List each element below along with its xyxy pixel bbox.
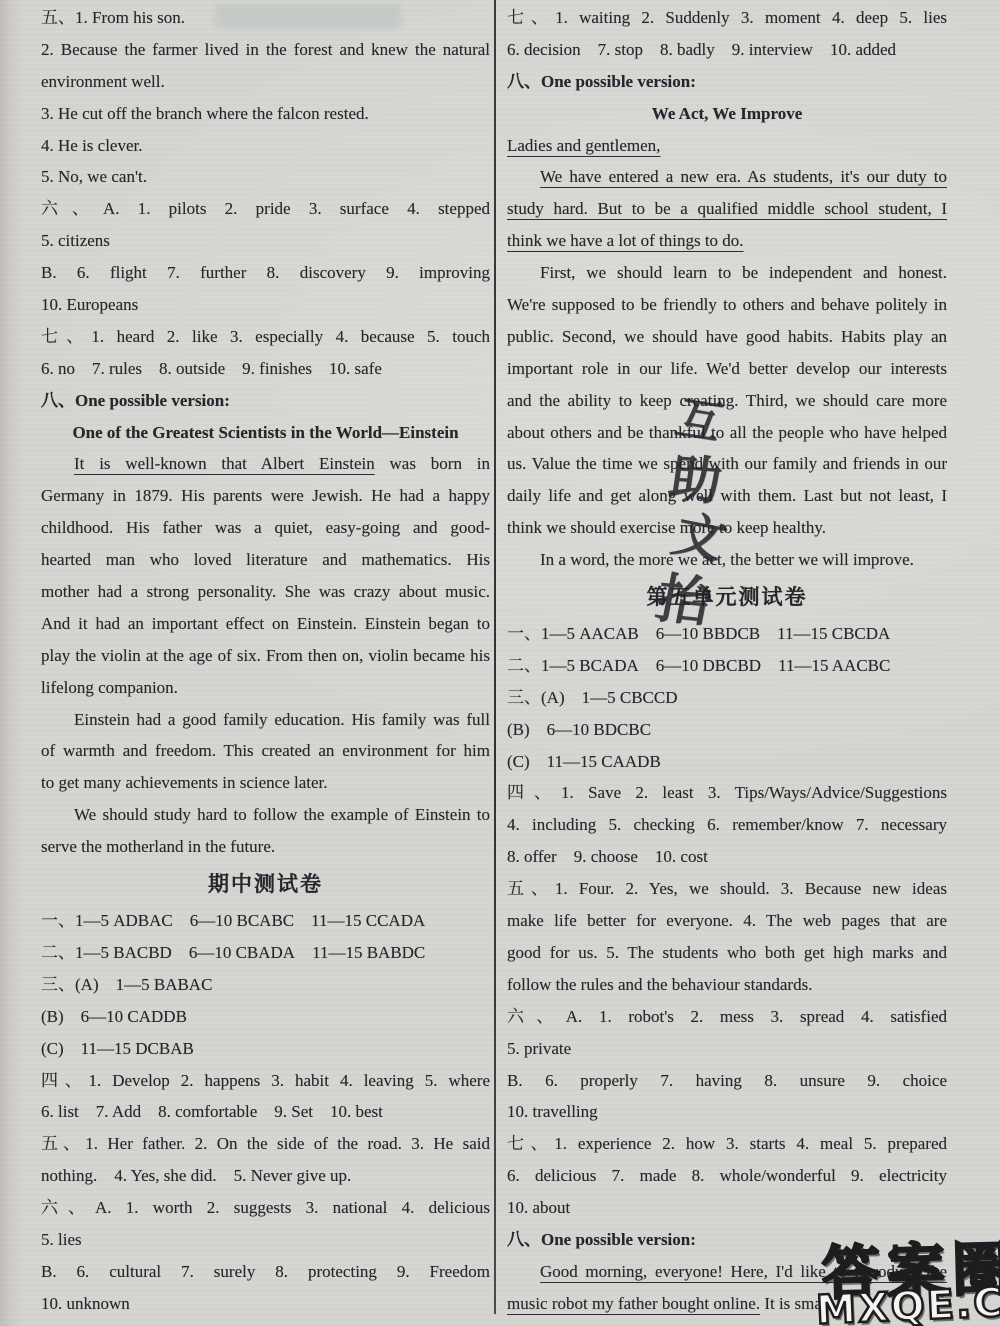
text-line: lifelong companion. bbox=[41, 672, 490, 704]
text-line: important role in our life. We'd better … bbox=[507, 353, 947, 385]
text-line: serve the motherland in the future. bbox=[41, 831, 490, 863]
text-line: nothing. 4. Yes, she did. 5. Never give … bbox=[41, 1160, 490, 1192]
text-line: B. 6. properly 7. having 8. unsure 9. ch… bbox=[507, 1065, 947, 1097]
text-line: 六、A. 1. worth 2. suggests 3. national 4.… bbox=[41, 1192, 490, 1224]
text-run: And it had an important effect on Einste… bbox=[41, 614, 490, 633]
text-line: mother had a strong personality. She was… bbox=[41, 576, 490, 608]
text-run: 七、1. experience 2. how 3. starts 4. meal… bbox=[507, 1134, 947, 1153]
text-run: nothing. 4. Yes, she did. 5. Never give … bbox=[41, 1166, 351, 1185]
text-run: 六、A. 1. robot's 2. mess 3. spread 4. sat… bbox=[507, 1007, 947, 1026]
text-run: B. 6. properly 7. having 8. unsure 9. ch… bbox=[507, 1071, 947, 1090]
text-line: follow the rules and the behaviour stand… bbox=[507, 969, 947, 1001]
text-line: We have entered a new era. As students, … bbox=[507, 161, 947, 193]
text-run: 5. lies bbox=[41, 1230, 82, 1249]
text-line: Ladies and gentlemen, bbox=[507, 130, 947, 162]
text-line: 四、1. Save 2. least 3. Tips/Ways/Advice/S… bbox=[507, 777, 947, 809]
text-run: In a word, the more we act, the better w… bbox=[540, 550, 914, 569]
text-line: We should study hard to follow the examp… bbox=[41, 799, 490, 831]
text-run: important role in our life. We'd better … bbox=[507, 359, 947, 378]
text-run: 6. delicious 7. made 8. whole/wonderful … bbox=[507, 1166, 947, 1185]
text-line: Einstein had a good family education. Hi… bbox=[41, 704, 490, 736]
text-run: 三、(A) 1—5 BABAC bbox=[41, 975, 212, 994]
text-run: 10. travelling bbox=[507, 1102, 598, 1121]
text-run: Ladies and gentlemen, bbox=[507, 136, 660, 155]
right-column: 七、1. waiting 2. Suddenly 3. moment 4. de… bbox=[507, 2, 947, 1320]
text-run: follow the rules and the behaviour stand… bbox=[507, 975, 812, 994]
text-line: 6. no 7. rules 8. outside 9. finishes 10… bbox=[41, 353, 490, 385]
text-line: 6. list 7. Add 8. comfortable 9. Set 10.… bbox=[41, 1096, 490, 1128]
text-run: good for us. 5. The students who both ge… bbox=[507, 943, 947, 962]
text-run: music robot my father bought online. bbox=[507, 1294, 760, 1313]
text-run: make life better for everyone. 4. The we… bbox=[507, 911, 947, 930]
text-line: (B) 6—10 BDCBC bbox=[507, 714, 947, 746]
text-line: It is well-known that Albert Einstein wa… bbox=[41, 448, 490, 480]
text-line: (C) 11—15 CAADB bbox=[507, 746, 947, 778]
text-line: public. Second, we should have good habi… bbox=[507, 321, 947, 353]
text-run: 4. He is clever. bbox=[41, 136, 143, 155]
text-line: 六、A. 1. robot's 2. mess 3. spread 4. sat… bbox=[507, 1001, 947, 1033]
text-line: 10. travelling bbox=[507, 1096, 947, 1128]
text-run: 四、1. Develop 2. happens 3. habit 4. leav… bbox=[41, 1071, 490, 1090]
text-run: One of the Greatest Scientists in the Wo… bbox=[72, 423, 458, 442]
text-run: study hard. But to be a qualified middle… bbox=[507, 199, 947, 218]
text-run: We should study hard to follow the examp… bbox=[74, 805, 490, 824]
text-line: to get many achievements in science late… bbox=[41, 767, 490, 799]
text-run: 3. He cut off the branch where the falco… bbox=[41, 104, 369, 123]
text-run: 五、1. From his son. bbox=[41, 8, 185, 27]
text-run: 2. Because the farmer lived in the fores… bbox=[41, 40, 490, 59]
text-line: 10. about bbox=[507, 1192, 947, 1224]
text-run: 六、A. 1. pilots 2. pride 3. surface 4. st… bbox=[41, 199, 490, 218]
text-run: Germany in 1879. His parents were Jewish… bbox=[41, 486, 490, 505]
text-run: think we have a lot of things to do. bbox=[507, 231, 744, 250]
text-run: 5. private bbox=[507, 1039, 571, 1058]
text-line: 六、A. 1. pilots 2. pride 3. surface 4. st… bbox=[41, 193, 490, 225]
text-line: B. 6. flight 7. further 8. discovery 9. … bbox=[41, 257, 490, 289]
text-run: to get many achievements in science late… bbox=[41, 773, 328, 792]
answer-book-page: 五、1. From his son.2. Because the farmer … bbox=[0, 0, 1000, 1326]
text-line: us. Value the time we spend with our fam… bbox=[507, 448, 947, 480]
text-line: And it had an important effect on Einste… bbox=[41, 608, 490, 640]
text-run: was born in bbox=[375, 454, 490, 473]
text-line: 七、1. heard 2. like 3. especially 4. beca… bbox=[41, 321, 490, 353]
text-line: Germany in 1879. His parents were Jewish… bbox=[41, 480, 490, 512]
text-run: 二、1—5 BCADA 6—10 DBCBD 11—15 AACBC bbox=[507, 656, 890, 675]
text-run: 10. about bbox=[507, 1198, 570, 1217]
text-run: 七、1. waiting 2. Suddenly 3. moment 4. de… bbox=[507, 8, 947, 27]
text-line: First, we should learn to be independent… bbox=[507, 257, 947, 289]
midterm-test-heading: 期中测试卷 bbox=[41, 863, 490, 905]
text-run: about others and be thankful to all the … bbox=[507, 423, 947, 442]
text-run: 五、1. Four. 2. Yes, we should. 3. Because… bbox=[507, 879, 947, 898]
text-run: 四、1. Save 2. least 3. Tips/Ways/Advice/S… bbox=[507, 783, 947, 802]
text-run: us. Value the time we spend with our fam… bbox=[507, 454, 947, 473]
text-run: 10. unknown bbox=[41, 1294, 130, 1313]
text-line: 八、One possible version: bbox=[41, 385, 490, 417]
text-run: B. 6. cultural 7. surely 8. protecting 9… bbox=[41, 1262, 490, 1281]
text-line: 5. lies bbox=[41, 1224, 490, 1256]
text-line: 4. He is clever. bbox=[41, 130, 490, 162]
text-line: 5. No, we can't. bbox=[41, 161, 490, 193]
text-line: study hard. But to be a qualified middle… bbox=[507, 193, 947, 225]
text-line: of warmth and freedom. This created an e… bbox=[41, 735, 490, 767]
text-line: think we have a lot of things to do. bbox=[507, 225, 947, 257]
text-run: serve the motherland in the future. bbox=[41, 837, 275, 856]
text-run: (C) 11—15 CAADB bbox=[507, 752, 661, 771]
text-run: 6. decision 7. stop 8. badly 9. intervie… bbox=[507, 40, 896, 59]
text-run: childhood. His father was a quiet, easy-… bbox=[41, 518, 490, 537]
text-line: 2. Because the farmer lived in the fores… bbox=[41, 34, 490, 66]
text-line: 一、1—5 ADBAC 6—10 BCABC 11—15 CCADA bbox=[41, 905, 490, 937]
essay-title-einstein: One of the Greatest Scientists in the Wo… bbox=[41, 417, 490, 449]
text-line: 5. private bbox=[507, 1033, 947, 1065]
text-line: hearted man who loved literature and mat… bbox=[41, 544, 490, 576]
text-run: It is well-known that Albert Einstein bbox=[74, 454, 375, 473]
text-run: We Act, We Improve bbox=[652, 104, 802, 123]
text-run: 三、(A) 1—5 CBCCD bbox=[507, 688, 677, 707]
text-line: 二、1—5 BCADA 6—10 DBCBD 11—15 AACBC bbox=[507, 650, 947, 682]
text-line: environment well. bbox=[41, 66, 490, 98]
text-run: 5. No, we can't. bbox=[41, 167, 147, 186]
text-run: (B) 6—10 CADDB bbox=[41, 1007, 187, 1026]
text-run: play the violin at the age of six. From … bbox=[41, 646, 490, 665]
text-line: 八、One possible version: bbox=[507, 66, 947, 98]
text-run: lifelong companion. bbox=[41, 678, 178, 697]
text-run: hearted man who loved literature and mat… bbox=[41, 550, 490, 569]
text-line: make life better for everyone. 4. The we… bbox=[507, 905, 947, 937]
text-run: 八、One possible version: bbox=[507, 72, 696, 91]
unit5-test-heading: 第五单元测试卷 bbox=[507, 576, 947, 618]
text-run: 二、1—5 BACBD 6—10 CBADA 11—15 BABDC bbox=[41, 943, 425, 962]
text-run: 七、1. heard 2. like 3. especially 4. beca… bbox=[41, 327, 490, 346]
text-line: In a word, the more we act, the better w… bbox=[507, 544, 947, 576]
text-run: 6. no 7. rules 8. outside 9. finishes 10… bbox=[41, 359, 382, 378]
text-run: 八、One possible version: bbox=[507, 1230, 696, 1249]
text-line: (C) 11—15 DCBAB bbox=[41, 1033, 490, 1065]
text-run: 8. offer 9. choose 10. cost bbox=[507, 847, 708, 866]
text-run: 一、1—5 ADBAC 6—10 BCABC 11—15 CCADA bbox=[41, 911, 425, 930]
text-line: 10. Europeans bbox=[41, 289, 490, 321]
text-line: play the violin at the age of six. From … bbox=[41, 640, 490, 672]
essay-title-we-act: We Act, We Improve bbox=[507, 98, 947, 130]
text-line: 七、1. experience 2. how 3. starts 4. meal… bbox=[507, 1128, 947, 1160]
text-run: 10. Europeans bbox=[41, 295, 138, 314]
text-line: 四、1. Develop 2. happens 3. habit 4. leav… bbox=[41, 1065, 490, 1097]
text-line: 三、(A) 1—5 BABAC bbox=[41, 969, 490, 1001]
text-line: 五、1. Her father. 2. On the side of the r… bbox=[41, 1128, 490, 1160]
text-run: (B) 6—10 BDCBC bbox=[507, 720, 651, 739]
text-line: We're supposed to be friendly to others … bbox=[507, 289, 947, 321]
text-run: 八、One possible version: bbox=[41, 391, 230, 410]
text-line: (B) 6—10 CADDB bbox=[41, 1001, 490, 1033]
text-line: childhood. His father was a quiet, easy-… bbox=[41, 512, 490, 544]
text-run: 六、A. 1. worth 2. suggests 3. national 4.… bbox=[41, 1198, 490, 1217]
text-run: 期中测试卷 bbox=[208, 872, 323, 896]
text-line: 10. unknown bbox=[41, 1288, 490, 1320]
text-run: We're supposed to be friendly to others … bbox=[507, 295, 947, 314]
text-line: 6. decision 7. stop 8. badly 9. intervie… bbox=[507, 34, 947, 66]
text-run: 五、1. Her father. 2. On the side of the r… bbox=[41, 1134, 490, 1153]
text-line: 3. He cut off the branch where the falco… bbox=[41, 98, 490, 130]
text-run: environment well. bbox=[41, 72, 165, 91]
text-run: think we should exercise more to keep he… bbox=[507, 518, 826, 537]
left-column: 五、1. From his son.2. Because the farmer … bbox=[41, 2, 490, 1320]
column-divider-line bbox=[494, 0, 496, 1314]
text-line: 一、1—5 AACAB 6—10 BBDCB 11—15 CBCDA bbox=[507, 618, 947, 650]
text-run: (C) 11—15 DCBAB bbox=[41, 1039, 194, 1058]
text-line: 6. delicious 7. made 8. whole/wonderful … bbox=[507, 1160, 947, 1192]
text-line: B. 6. cultural 7. surely 8. protecting 9… bbox=[41, 1256, 490, 1288]
text-line: good for us. 5. The students who both ge… bbox=[507, 937, 947, 969]
text-run: We have entered a new era. As students, … bbox=[540, 167, 947, 186]
text-run: 6. list 7. Add 8. comfortable 9. Set 10.… bbox=[41, 1102, 383, 1121]
text-line: 二、1—5 BACBD 6—10 CBADA 11—15 BABDC bbox=[41, 937, 490, 969]
text-line: 5. citizens bbox=[41, 225, 490, 257]
text-run: First, we should learn to be independent… bbox=[540, 263, 947, 282]
text-run: of warmth and freedom. This created an e… bbox=[41, 741, 490, 760]
text-run: mother had a strong personality. She was… bbox=[41, 582, 490, 601]
text-run: 4. including 5. checking 6. remember/kno… bbox=[507, 815, 947, 834]
text-run: public. Second, we should have good habi… bbox=[507, 327, 947, 346]
text-line: 五、1. From his son. bbox=[41, 2, 490, 34]
text-line: 七、1. waiting 2. Suddenly 3. moment 4. de… bbox=[507, 2, 947, 34]
text-run: 5. citizens bbox=[41, 231, 110, 250]
text-line: about others and be thankful to all the … bbox=[507, 417, 947, 449]
text-line: 五、1. Four. 2. Yes, we should. 3. Because… bbox=[507, 873, 947, 905]
text-line: 4. including 5. checking 6. remember/kno… bbox=[507, 809, 947, 841]
text-line: 三、(A) 1—5 CBCCD bbox=[507, 682, 947, 714]
text-run: Einstein had a good family education. Hi… bbox=[74, 710, 490, 729]
text-run: B. 6. flight 7. further 8. discovery 9. … bbox=[41, 263, 490, 282]
text-line: 8. offer 9. choose 10. cost bbox=[507, 841, 947, 873]
